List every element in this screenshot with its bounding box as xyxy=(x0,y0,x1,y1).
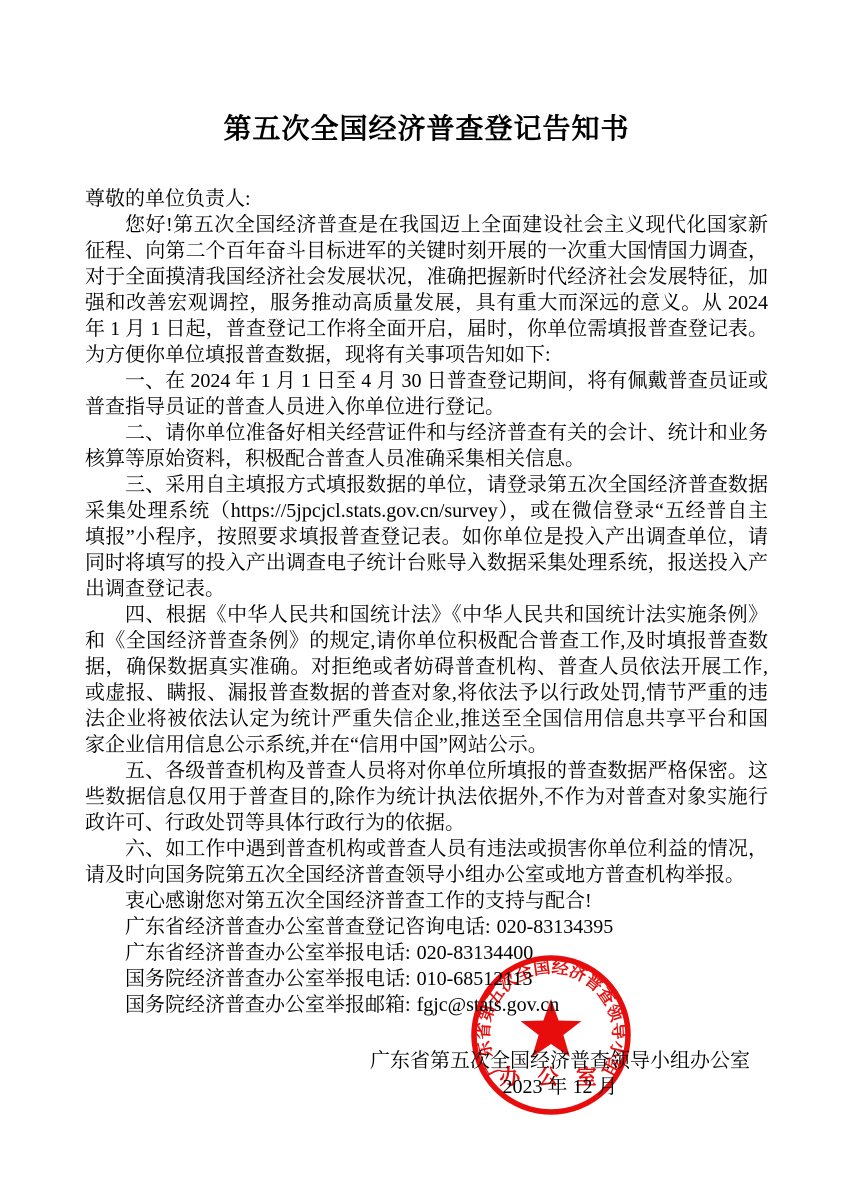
salutation: 尊敬的单位负责人: xyxy=(85,186,768,212)
paragraph-item-5: 五、各级普查机构及普查人员将对你单位所填报的普查数据严格保密。这些数据信息仅用于… xyxy=(85,758,768,836)
paragraph-item-6: 六、如工作中遇到普查机构或普查人员有违法或损害你单位利益的情况，请及时向国务院第… xyxy=(85,836,768,888)
notice-document: 第五次全国经济普查登记告知书 尊敬的单位负责人: 您好!第五次全国经济普查是在我… xyxy=(0,0,850,1202)
contact-line: 广东省经济普查办公室普查登记咨询电话:020-83134395 xyxy=(85,914,768,940)
contact-label: 广东省经济普查办公室普查登记咨询电话: xyxy=(125,916,491,938)
seal-office-text: 办 公 室 xyxy=(499,1065,603,1089)
contact-value: 020-83134395 xyxy=(491,916,614,938)
paragraph-item-4: 四、根据《中华人民共和国统计法》《中华人民共和国统计法实施条例》和《全国经济普查… xyxy=(85,602,768,758)
contact-line: 广东省经济普查办公室举报电话:020-83134400 xyxy=(85,940,768,966)
contact-line: 国务院经济普查办公室举报邮箱:fgjc@stats.gov.cn xyxy=(85,992,768,1018)
paragraph-item-1: 一、在 2024 年 1 月 1 日至 4 月 30 日普查登记期间，将有佩戴普… xyxy=(85,368,768,420)
official-seal: 广东省第五次全国经济普查领导小组 办 公 室 xyxy=(466,950,636,1120)
contact-line: 国务院经济普查办公室举报电话:010-68512113 xyxy=(85,966,768,992)
contact-label: 国务院经济普查办公室举报电话: xyxy=(125,968,411,990)
paragraph-thanks: 衷心感谢您对第五次全国经济普查工作的支持与配合! xyxy=(85,888,768,914)
paragraph-intro: 您好!第五次全国经济普查是在我国迈上全面建设社会主义现代化国家新征程、向第二个百… xyxy=(85,212,768,368)
contact-label: 广东省经济普查办公室举报电话: xyxy=(125,942,411,964)
paragraph-item-3: 三、采用自主填报方式填报数据的单位，请登录第五次全国经济普查数据采集处理系统（h… xyxy=(85,472,768,602)
paragraph-item-2: 二、请你单位准备好相关经营证件和与经济普查有关的会计、统计和业务核算等原始资料，… xyxy=(85,420,768,472)
document-title: 第五次全国经济普查登记告知书 xyxy=(85,112,768,148)
star-icon xyxy=(521,999,582,1057)
contact-label: 国务院经济普查办公室举报邮箱: xyxy=(125,994,411,1016)
